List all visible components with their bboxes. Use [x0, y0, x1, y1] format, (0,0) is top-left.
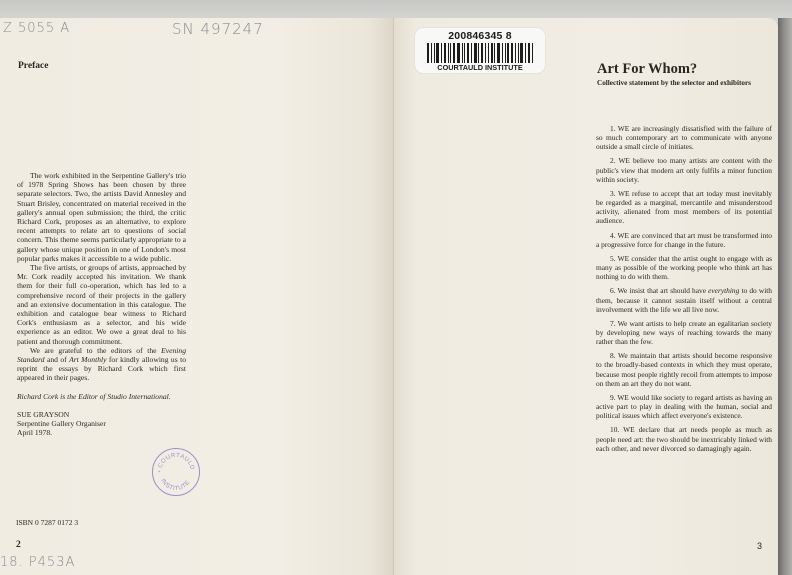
preface-body: The work exhibited in the Serpentine Gal…	[17, 171, 186, 437]
statement-item: 3. WE refuse to accept that art today mu…	[596, 189, 772, 226]
statement-item: 4. WE are convinced that art must be tra…	[596, 231, 772, 249]
handwritten-classmark: 18. P453A	[0, 555, 75, 570]
svg-text:*: *	[158, 471, 161, 476]
svg-text:COURTAULD: COURTAULD	[158, 453, 195, 471]
signatory-name: SUE GRAYSON	[17, 410, 186, 419]
statement-item: 1. WE are increasingly dissatisfied with…	[596, 124, 772, 151]
emphasized-word: everything	[708, 286, 739, 295]
statement-item: 5. WE consider that the artist ought to …	[596, 254, 772, 281]
signature-block: SUE GRAYSON Serpentine Gallery Organiser…	[17, 410, 186, 438]
preface-paragraph: The work exhibited in the Serpentine Gal…	[17, 171, 186, 263]
statement-title: Art For Whom?	[597, 61, 697, 78]
signatory-role: Serpentine Gallery Organiser	[17, 419, 186, 428]
statement-item: 7. We want artists to help create an ega…	[596, 319, 772, 346]
library-barcode-label: 200846345 8 COURTAULD INSTITUTE	[415, 28, 545, 73]
page-number-left: 2	[16, 540, 21, 550]
signature-date: April 1978.	[17, 428, 186, 437]
preface-paragraph: The five artists, or groups of artists, …	[17, 263, 186, 346]
barcode-number: 200846345 8	[415, 31, 545, 42]
svg-text:INSTITUTE: INSTITUTE	[159, 478, 191, 492]
statement-item: 10. WE declare that art needs people as …	[596, 425, 772, 452]
preface-heading: Preface	[18, 61, 48, 71]
page-edge-shadow	[778, 18, 792, 575]
handwritten-serial-number: SN 497247	[172, 20, 264, 38]
statement-item: 9. WE would like society to regard artis…	[596, 393, 772, 420]
library-stamp: COURTAULD INSTITUTE *	[152, 448, 200, 496]
statement-subtitle: Collective statement by the selector and…	[597, 79, 751, 87]
statement-item: 2. WE believe too many artists are conte…	[596, 156, 772, 183]
publication-name: Art Monthly	[69, 355, 106, 364]
handwritten-shelfmark: Z 5055 A	[3, 21, 70, 36]
statement-list: 1. WE are increasingly dissatisfied with…	[596, 124, 772, 458]
preface-acknowledgement: We are grateful to the editors of the Ev…	[17, 346, 186, 383]
page-number-right: 3	[757, 541, 762, 551]
book-spine	[393, 18, 394, 575]
isbn: ISBN 0 7287 0172 3	[16, 518, 78, 527]
barcode-institution: COURTAULD INSTITUTE	[415, 63, 545, 72]
stamp-circle-text-icon: COURTAULD INSTITUTE *	[153, 449, 199, 495]
barcode-bars-icon	[427, 43, 533, 63]
statement-item: 6. We insist that art should have everyt…	[596, 286, 772, 313]
editor-note: Richard Cork is the Editor of Studio Int…	[17, 392, 186, 401]
statement-item: 8. We maintain that artists should becom…	[596, 351, 772, 388]
